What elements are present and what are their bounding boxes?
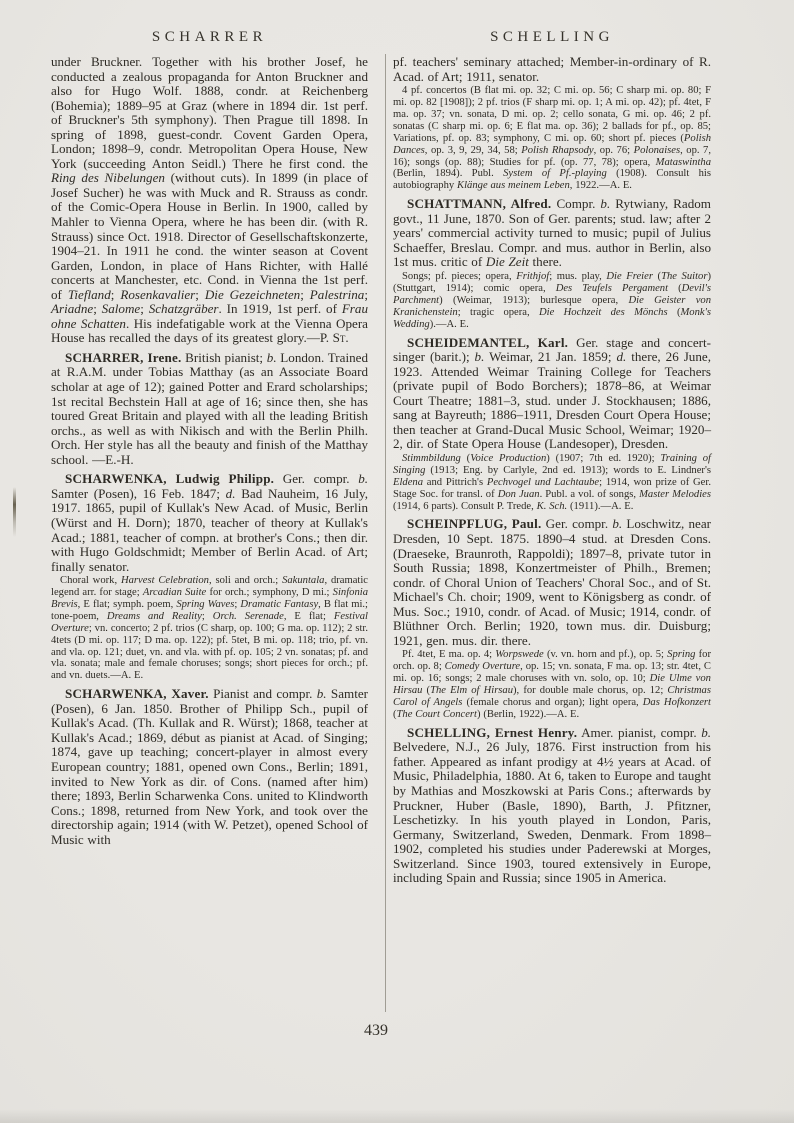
continuation-schalk: under Bruckner. Together with his brothe… (51, 55, 368, 346)
column-divider-rule (385, 54, 386, 1012)
works-list-scheidemantel: Stimmbildung (Voice Production) (1907; 7… (393, 453, 711, 513)
works-list-scharwenka-ludwig: Choral work, Harvest Celebration, soli a… (51, 575, 368, 682)
scan-bottom-shadow (0, 1109, 794, 1123)
left-column: under Bruckner. Together with his brothe… (51, 55, 368, 847)
entry-scheidemantel-karl: SCHEIDEMANTEL, Karl. Ger. stage and conc… (393, 336, 711, 452)
scanned-book-page: SCHARRER SCHELLING under Bruckner. Toget… (0, 0, 794, 1123)
works-list-scharwenka-xaver: 4 pf. concertos (B flat mi. op. 32; C mi… (393, 85, 711, 192)
entry-scharwenka-ludwig-philipp: SCHARWENKA, Ludwig Philipp. Ger. compr. … (51, 472, 368, 574)
scan-artifact-streak (13, 487, 16, 537)
entry-scheinpflug-paul: SCHEINPFLUG, Paul. Ger. compr. b. Loschw… (393, 517, 711, 648)
running-head-right: SCHELLING (393, 29, 711, 46)
entry-scharwenka-xaver: SCHARWENKA, Xaver. Pianist and compr. b.… (51, 687, 368, 847)
works-list-scheinpflug: Pf. 4tet, E ma. op. 4; Worpswede (v. vn.… (393, 649, 711, 720)
page-number: 439 (341, 1022, 411, 1040)
right-column: pf. teachers' seminary attached; Member-… (393, 55, 711, 886)
running-head-left: SCHARRER (51, 29, 368, 46)
entry-schelling-ernest-henry: SCHELLING, Ernest Henry. Amer. pianist, … (393, 726, 711, 886)
entry-schattmann-alfred: SCHATTMANN, Alfred. Compr. b. Rytwiany, … (393, 197, 711, 270)
entry-scharrer-irene: SCHARRER, Irene. British pianist; b. Lon… (51, 351, 368, 467)
works-list-schattmann: Songs; pf. pieces; opera, Frithjof; mus.… (393, 271, 711, 331)
continuation-scharwenka-xaver: pf. teachers' seminary attached; Member-… (393, 55, 711, 84)
